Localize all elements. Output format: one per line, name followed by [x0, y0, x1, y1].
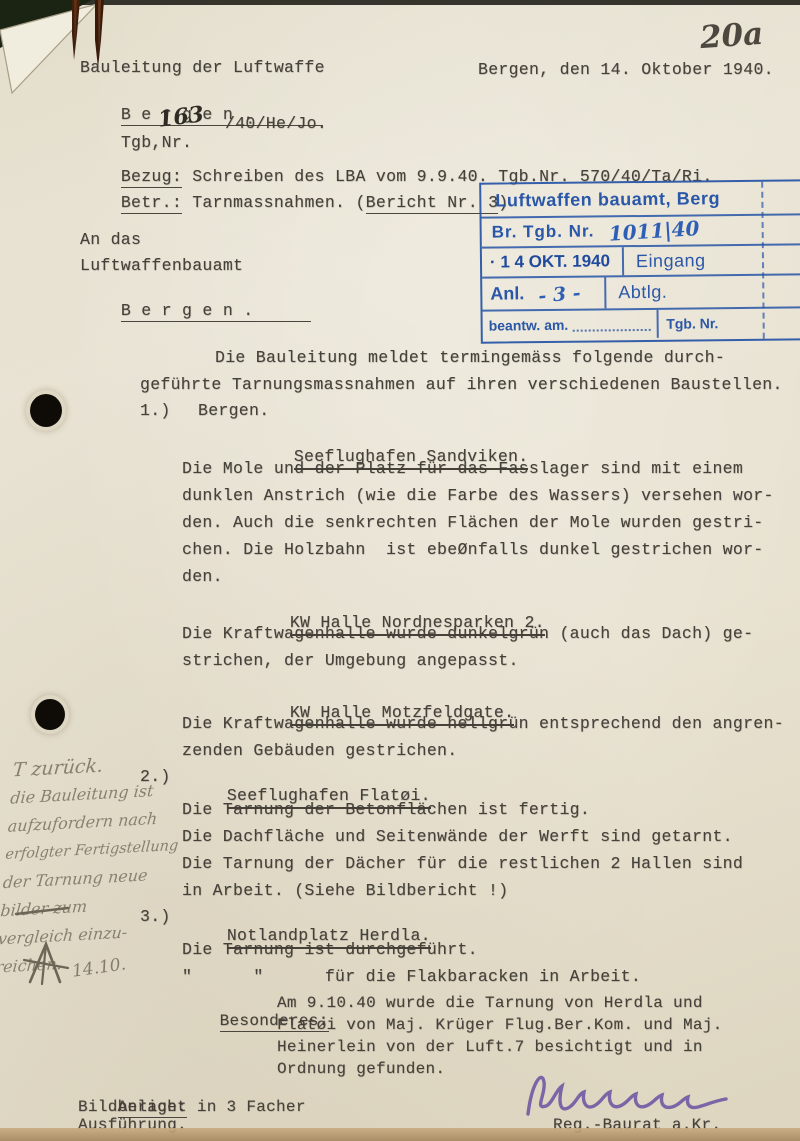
stamp-office-name: Luftwaffen bauamt, Berg [495, 188, 720, 211]
punch-hole-top [30, 394, 62, 427]
date-line: Bergen, den 14. Oktober 1940. [478, 60, 774, 79]
section1-line-1: Die Mole und der Platz für das Fasslager… [182, 459, 743, 478]
sender-name: Bauleitung der Luftwaffe [80, 58, 325, 77]
page-number-handwritten: 20a [699, 16, 765, 56]
item1-title: Bergen. [198, 401, 269, 420]
section1-line-2: dunklen Anstrich (wie die Farbe des Wass… [182, 486, 774, 505]
item2-line-2: Die Dachfläche und Seitenwände der Werft… [182, 827, 733, 846]
document-page: 20a Bauleitung der Luftwaffe Bergen, den… [0, 0, 800, 1141]
section3-line-2: zenden Gebäuden gestrichen. [182, 741, 457, 760]
stamp-row-date: · 1 4 OKT. 1940 Eingang [482, 245, 800, 278]
section3-line-1: Die Kraftwagenhalle wurde hellgrün entsp… [182, 714, 784, 733]
item2-line-4: in Arbeit. (Siehe Bildbericht !) [182, 881, 508, 900]
recipient-office: Luftwaffenbauamt [80, 256, 243, 275]
besonderes-line-4: Ordnung gefunden. [277, 1060, 445, 1078]
stamp-tgbnr-cell: Tgb. Nr. [656, 308, 800, 338]
stamp-tgb-label: Br. Tgb. Nr. [492, 221, 595, 242]
stamp-row-office: Luftwaffen bauamt, Berg [481, 181, 800, 218]
stamp-date: · 1 4 OKT. 1940 [490, 251, 622, 272]
section1-line-3: den. Auch die senkrechten Flächen der Mo… [182, 513, 764, 532]
tgb-number-handwritten: 163 [157, 101, 206, 132]
stamp-beantw-blank [572, 317, 650, 332]
anlage-line-1: Bildbericht in 3 Facher [78, 1098, 306, 1116]
betr-text: Tarnmassnahmen. ( [182, 193, 366, 212]
betr-label: Betr.: [121, 193, 182, 214]
scan-bottom-edge [0, 1128, 800, 1141]
section2-line-1: Die Kraftwagenhalle wurde dunkelgrün (au… [182, 624, 753, 643]
pencil-dash-mark [14, 904, 74, 918]
stamp-row-tgb: Br. Tgb. Nr. 1011|40 [482, 215, 800, 248]
tgb-suffix: /40/He/Jo. [225, 114, 327, 133]
besonderes-line-2: Flatøi von Maj. Krüger Flug.Ber.Kom. und… [277, 1016, 723, 1034]
section1-line-4: chen. Die Holzbahn ist ebeØnfalls dunkel… [182, 540, 764, 559]
stamp-tgb-number-handwritten: 1011|40 [608, 216, 700, 246]
entry-stamp: Luftwaffen bauamt, Berg Br. Tgb. Nr. 101… [479, 179, 800, 343]
recipient-an-das: An das [80, 230, 141, 249]
item2-line-1: Die Tarnung der Betonflächen ist fertig. [182, 800, 590, 819]
recipient-city-text: B e r g e n . [121, 301, 311, 322]
recipient-city: B e r g e n . [80, 282, 311, 341]
stamp-abtlg-cell: Abtlg. [604, 275, 800, 308]
stamp-eingang-label: Eingang [636, 250, 706, 272]
section1-line-5: den. [182, 567, 223, 586]
stamp-row-beantw: beantw. am. Tgb. Nr. [483, 308, 800, 339]
stamp-tgbnr-label: Tgb. Nr. [666, 315, 718, 332]
betr-line: Betr.: Tarnmassnahmen. (Bericht Nr. 3) [80, 174, 509, 231]
item3-line-1: Die Tarnung ist durchgeführt. [182, 940, 478, 959]
intro-line-2: geführte Tarnungsmassnahmen auf ihren ve… [140, 375, 783, 394]
punch-hole-bottom [35, 699, 65, 730]
stamp-anl-label: Anl. [490, 283, 524, 304]
item3-line-2: " " für die Flakbaracken in Arbeit. [182, 967, 641, 986]
item1-number: 1.) [140, 401, 171, 420]
besonderes-line-3: Heinerlein von der Luft.7 besichtigt und… [277, 1038, 703, 1056]
stamp-eingang-cell: Eingang [622, 245, 800, 275]
stamp-row-anlagen: Anl. - 3 - Abtlg. [482, 275, 800, 311]
stamp-abtlg-label: Abtlg. [618, 282, 667, 304]
item2-line-3: Die Tarnung der Dächer für die restliche… [182, 854, 743, 873]
stamp-beantw-label: beantw. am. [489, 317, 569, 334]
stamp-anl-value-handwritten: - 3 - [538, 280, 606, 307]
section2-line-2: strichen, der Umgebung angepasst. [182, 651, 519, 670]
besonderes-line-1: Am 9.10.40 wurde die Tarnung von Herdla … [277, 994, 703, 1012]
intro-line-1: Die Bauleitung meldet termingemäss folge… [215, 348, 725, 367]
